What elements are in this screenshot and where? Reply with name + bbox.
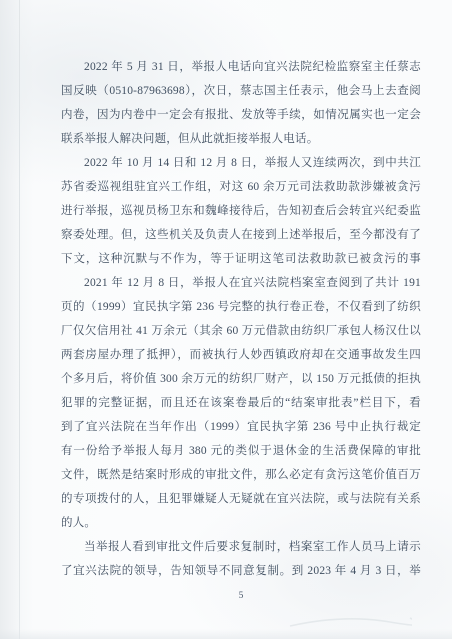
scanned-document-page: 2022 年 5 月 31 日，举报人电话向宜兴法院纪检监察室主任蔡志国反映（0…: [0, 0, 452, 639]
text-line: 有一份给予举报人每月 380 元的类似于退休金的生活费保障的审批: [61, 439, 421, 463]
document-body: 2022 年 5 月 31 日，举报人电话向宜兴法院纪检监察室主任蔡志国反映（0…: [61, 55, 421, 583]
paragraph: 2022 年 5 月 31 日，举报人电话向宜兴法院纪检监察室主任蔡志国反映（0…: [61, 55, 421, 151]
text-line: 联系举报人解决问题，但从此就拒接举报人电话。: [61, 127, 421, 151]
text-line: 内卷，因为内卷中一定会有报批、发放等手续，如情况属实也一定会: [61, 103, 421, 127]
text-line: 察委处理。但，这些机关及负责人在接到上述举报后，至今都没有了: [61, 223, 421, 247]
text-line: 文件，既然是结案时形成的审批文件，那么必定有贪污这笔价值百万: [61, 463, 421, 487]
text-line: 2022 年 5 月 31 日，举报人电话向宜兴法院纪检监察室主任蔡志: [61, 55, 421, 79]
paragraph: 2021 年 12 月 8 日，举报人在宜兴法院档案室查阅到了共计 191页的（…: [61, 271, 421, 535]
text-line: 厂仅欠信用社 41 万余元（其余 60 万元借款由纺织厂承包人杨汉仕以: [61, 319, 421, 343]
text-line: 个多月后，将价值 300 余万元的纺织厂财产，以 150 万元抵债的拒执: [61, 367, 421, 391]
paragraph: 当举报人看到审批文件后要求复制时，档案室工作人员马上请示了宜兴法院的领导，告知领…: [61, 535, 421, 583]
text-line: 两套房屋办理了抵押），而被执行人妙西镇政府却在交通事故发生四: [61, 343, 421, 367]
text-line: 的人。: [61, 511, 421, 535]
text-line: 国反映（0510-87963698），次日，蔡志国主任表示，他会马上去查阅: [61, 79, 421, 103]
page-left-edge: [19, 0, 20, 639]
text-line: 2022 年 10 月 14 日和 12 月 8 日，举报人又连续两次，到中共江: [61, 151, 421, 175]
text-line: 下文，这种沉默与不作为，等于证明这笔司法救助款已被贪污的事实。: [61, 247, 421, 271]
scan-bottom-shadow: [0, 629, 452, 639]
paragraph: 2022 年 10 月 14 日和 12 月 8 日，举报人又连续两次，到中共江…: [61, 151, 421, 271]
text-line: 犯罪的完整证据，而且还在该案卷最后的“结案审批表”栏目下，看: [61, 391, 421, 415]
text-line: 了宜兴法院的领导，告知领导不同意复制。到 2023 年 4 月 3 日，举: [61, 559, 421, 583]
text-line: 页的（1999）宜民执字第 236 号完整的执行卷正卷，不仅看到了纺织: [61, 295, 421, 319]
text-line: 的专项拨付的人，且犯罪嫌疑人无疑就在宜兴法院，或与法院有关系: [61, 487, 421, 511]
page-number: 5: [61, 591, 421, 601]
text-line: 到了宜兴法院在当年作出（1999）宜民执字第 236 号中止执行裁定时，: [61, 415, 421, 439]
text-line: 苏省委巡视组驻宜兴工作组，对这 60 余万元司法救助款涉嫌被贪污: [61, 175, 421, 199]
text-line: 2021 年 12 月 8 日，举报人在宜兴法院档案室查阅到了共计 191: [61, 271, 421, 295]
text-line: 当举报人看到审批文件后要求复制时，档案室工作人员马上请示: [61, 535, 421, 559]
text-line: 进行举报，巡视员杨卫东和魏峰接待后，告知初查后会转宜兴纪委监: [61, 199, 421, 223]
